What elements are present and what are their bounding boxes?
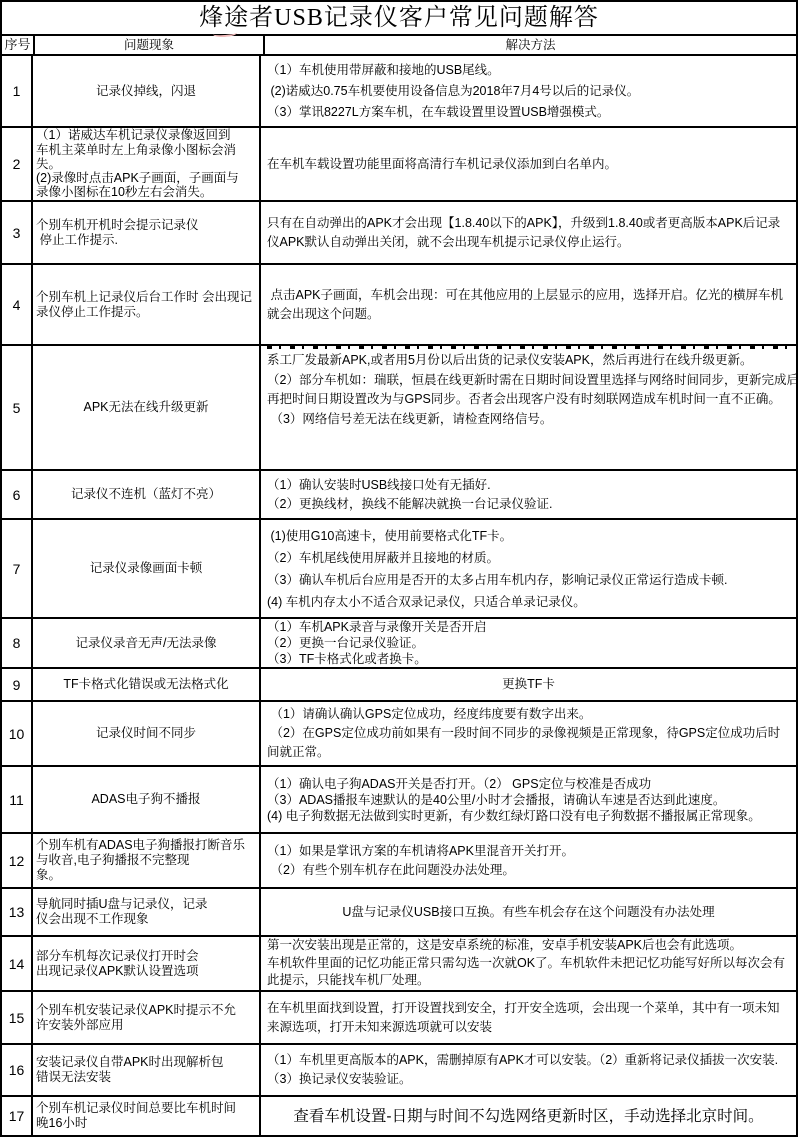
row-number-cell: 7 <box>2 520 33 617</box>
table-row: 9 TF卡格式化错误或无法格式化 更换TF卡 <box>2 669 796 702</box>
problem-cell: 记录仪录音无声/无法录像 <box>33 619 261 667</box>
table-row: 15 个别车机安装记录仪APK时提示不允 许安装外部应用 在车机里面找到设置，打… <box>2 992 796 1045</box>
solution-cell: 在车机里面找到设置，打开设置找到安全，打开安全选项，会出现一个菜单，其中有一项未… <box>261 992 796 1043</box>
problem-cell: 记录仪不连机（蓝灯不亮） <box>33 471 261 518</box>
table-row: 14 部分车机每次记录仪打开时会 出现记录仪APK默认设置选项 第一次安装出现是… <box>2 937 796 992</box>
table-row: 3 个别车机开机时会提示记录仪 停止工作提示. 只有在自动弹出的APK才会出现【… <box>2 202 796 265</box>
clipped-text-fragment <box>267 346 790 349</box>
row-number-cell: 16 <box>2 1045 33 1095</box>
solution-cell: （1）车机使用带屏蔽和接地的USB尾线。 (2)诺威达0.75车机要使用设备信息… <box>261 56 796 126</box>
row-number-cell: 5 <box>2 346 33 469</box>
problem-cell: 个别车机安装记录仪APK时提示不允 许安装外部应用 <box>33 992 261 1043</box>
row-number-cell: 1 <box>2 56 33 126</box>
row-number-cell: 8 <box>2 619 33 667</box>
solution-cell: （1）车机里更高版本的APK，需删掉原有APK才可以安装。（2）重新将记录仪插拔… <box>261 1045 796 1095</box>
solution-cell: (1)使用G10高速卡，使用前要格式化TF卡。 （2）车机尾线使用屏蔽并且接地的… <box>261 520 796 617</box>
table-row: 11 ADAS电子狗不播报 （1）确认电子狗ADAS开关是否打开。（2） GPS… <box>2 767 796 834</box>
solution-cell: （1）确认电子狗ADAS开关是否打开。（2） GPS定位与校准是否成功 （3）A… <box>261 767 796 832</box>
table-row: 1 记录仪掉线，闪退 （1）车机使用带屏蔽和接地的USB尾线。 (2)诺威达0.… <box>2 56 796 128</box>
table-row: 10 记录仪时间不同步 （1）请确认确认GPS定位成功，经度纬度要有数字出来。 … <box>2 702 796 767</box>
table-row: 13 导航同时插U盘与记录仪，记录 仪会出现不工作现象 U盘与记录仪USB接口互… <box>2 889 796 937</box>
row-number-cell: 11 <box>2 767 33 832</box>
row-number-cell: 15 <box>2 992 33 1043</box>
row-number-cell: 14 <box>2 937 33 990</box>
problem-cell: 安装记录仪自带APK时出现解析包 错误无法安装 <box>33 1045 261 1095</box>
row-number-cell: 17 <box>2 1097 33 1135</box>
problem-cell: TF卡格式化错误或无法格式化 <box>33 669 261 700</box>
solution-cell: 更换TF卡 <box>261 669 796 700</box>
problem-cell: 导航同时插U盘与记录仪，记录 仪会出现不工作现象 <box>33 889 261 935</box>
solution-cell: U盘与记录仪USB接口互换。有些车机会存在这个问题没有办法处理 <box>261 889 796 935</box>
faq-document-page: 烽途者USB记录仪客户常见问题解答 序号 问题现象 解决方法 1 记录仪掉线，闪… <box>0 0 798 1137</box>
table-row: 7 记录仪录像画面卡顿 (1)使用G10高速卡，使用前要格式化TF卡。 （2）车… <box>2 520 796 619</box>
table-row: 8 记录仪录音无声/无法录像 （1）车机APK录音与录像开关是否开启 （2）更换… <box>2 619 796 669</box>
solution-cell: （1）如果是掌讯方案的车机请将APK里混音开关打开。 （2）有些个别车机存在此问… <box>261 834 796 887</box>
solution-cell: 点击APK子画面，车机会出现：可在其他应用的上层显示的应用，选择开启。亿光的横屏… <box>261 265 796 344</box>
page-title: 烽途者USB记录仪客户常见问题解答 <box>2 2 796 36</box>
table-header-row: 序号 问题现象 解决方法 <box>2 36 796 56</box>
problem-cell: 记录仪时间不同步 <box>33 702 261 765</box>
header-cell-no: 序号 <box>2 36 35 54</box>
header-cell-problem: 问题现象 <box>35 36 265 54</box>
problem-cell: 个别车机有ADAS电子狗播报打断音乐 与收音,电子狗播报不完整现 象。 <box>33 834 261 887</box>
problem-cell: ADAS电子狗不播报 <box>33 767 261 832</box>
table-row: 5 APK无法在线升级更新 系工厂发最新APK,或者用5月份以后出货的记录仪安装… <box>2 346 796 471</box>
row-number-cell: 3 <box>2 202 33 263</box>
row-number-cell: 6 <box>2 471 33 518</box>
table-row: 17 个别车机记录仪时间总要比车机时间 晚16小时 查看车机设置-日期与时间不勾… <box>2 1097 796 1135</box>
solution-cell: （1）车机APK录音与录像开关是否开启 （2）更换一台记录仪验证。 （3）TF卡… <box>261 619 796 667</box>
row-number-cell: 13 <box>2 889 33 935</box>
problem-cell: 个别车机开机时会提示记录仪 停止工作提示. <box>33 202 261 263</box>
solution-cell: 在车机车载设置功能里面将高清行车机记录仪添加到白名单内。 <box>261 128 796 200</box>
row-number-cell: 2 <box>2 128 33 200</box>
solution-cell: （1）确认安装时USB线接口处有无插好. （2）更换线材，换线不能解决就换一台记… <box>261 471 796 518</box>
row-number-cell: 4 <box>2 265 33 344</box>
table-row: 16 安装记录仪自带APK时出现解析包 错误无法安装 （1）车机里更高版本的AP… <box>2 1045 796 1097</box>
table-row: 6 记录仪不连机（蓝灯不亮） （1）确认安装时USB线接口处有无插好. （2）更… <box>2 471 796 520</box>
table-row: 12 个别车机有ADAS电子狗播报打断音乐 与收音,电子狗播报不完整现 象。 （… <box>2 834 796 889</box>
solution-cell: 只有在自动弹出的APK才会出现【1.8.40以下的APK】，升级到1.8.40或… <box>261 202 796 263</box>
problem-cell: 个别车机记录仪时间总要比车机时间 晚16小时 <box>33 1097 261 1135</box>
problem-cell: 个别车机上记录仪后台工作时 会出现记录仪停止工作提示。 <box>33 265 261 344</box>
table-row: 4 个别车机上记录仪后台工作时 会出现记录仪停止工作提示。 点击APK子画面，车… <box>2 265 796 346</box>
table-body: 1 记录仪掉线，闪退 （1）车机使用带屏蔽和接地的USB尾线。 (2)诺威达0.… <box>2 56 796 1135</box>
row-number-cell: 9 <box>2 669 33 700</box>
problem-cell: APK无法在线升级更新 <box>33 346 261 469</box>
problem-cell: （1）诺威达车机记录仪录像返回到 车机主菜单时左上角录像小图标会消 失。 (2)… <box>33 128 261 200</box>
problem-cell: 部分车机每次记录仪打开时会 出现记录仪APK默认设置选项 <box>33 937 261 990</box>
row-number-cell: 10 <box>2 702 33 765</box>
table-row: 2 （1）诺威达车机记录仪录像返回到 车机主菜单时左上角录像小图标会消 失。 (… <box>2 128 796 202</box>
row-number-cell: 12 <box>2 834 33 887</box>
solution-cell: 系工厂发最新APK,或者用5月份以后出货的记录仪安装APK，然后再进行在线升级更… <box>261 346 796 469</box>
solution-cell: 查看车机设置-日期与时间不勾选网络更新时区，手动选择北京时间。 <box>261 1097 796 1135</box>
solution-cell: （1）请确认确认GPS定位成功，经度纬度要有数字出来。 （2）在GPS定位成功前… <box>261 702 796 765</box>
problem-cell: 记录仪掉线，闪退 <box>33 56 261 126</box>
solution-cell: 第一次安装出现是正常的，这是安卓系统的标准，安卓手机安装APK后也会有此选项。 … <box>261 937 796 990</box>
problem-cell: 记录仪录像画面卡顿 <box>33 520 261 617</box>
header-cell-solution: 解决方法 <box>265 36 796 54</box>
